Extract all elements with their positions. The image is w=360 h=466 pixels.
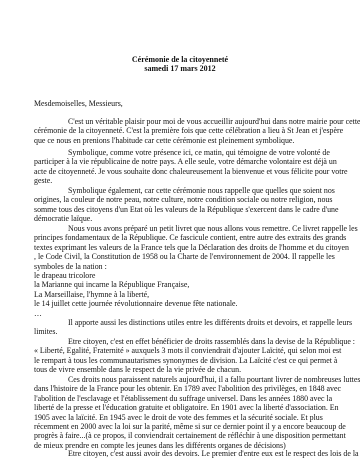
document-title: Cérémonie de la citoyenneté (0, 55, 360, 64)
list-item: le 14 juillet cette journée révolutionna… (34, 299, 326, 308)
text-line: geste. (34, 176, 326, 185)
paragraph-8: Etre citoyen, c'est aussi avoir des devo… (34, 449, 326, 458)
text-line: Il apporte aussi les distinctions utiles… (34, 318, 326, 327)
text-line: cérémonie de la citoyenneté. C'est la pr… (34, 126, 326, 135)
text-line: récemment en 2000 avec la loi sur la par… (34, 422, 326, 431)
text-line: participer à la vie républicaine de notr… (34, 157, 326, 166)
text-line: dans l'histoire de la France pour les ob… (34, 384, 326, 393)
text-line: limites. (34, 327, 326, 336)
list-item: … (34, 309, 326, 318)
paragraph-5: Il apporte aussi les distinctions utiles… (34, 318, 326, 337)
list-item: le drapeau tricolore (34, 271, 326, 280)
text-line: C'est un véritable plaisir pour moi de v… (34, 117, 326, 126)
text-line: , le Code Civil, la Constitution de 1958… (34, 252, 326, 261)
list-item: la Marianne qui incarne la République Fr… (34, 280, 326, 289)
text-line: Nous vous avons préparé un petit livret … (34, 224, 326, 233)
text-line: Ces droits nous paraissent naturels aujo… (34, 375, 326, 384)
text-line: tous de vivre ensemble dans le respect d… (34, 365, 326, 374)
text-line: « Liberté, Egalité, Fraternité » auxquel… (34, 346, 326, 355)
text-line: démocratie laïque. (34, 214, 326, 223)
text-line: le rempart à tous les communautarismes s… (34, 356, 326, 365)
text-line: acte de citoyenneté. Je vous souhaite do… (34, 167, 326, 176)
text-line: Etre citoyen, c'est en effet bénéficier … (34, 337, 326, 346)
text-line: 1905 avec la laïcité. En 1945 avec le dr… (34, 413, 326, 422)
paragraph-1: C'est un véritable plaisir pour moi de v… (34, 117, 326, 145)
text-line: Symbolique, comme votre présence ici, ce… (34, 148, 326, 157)
text-line: origines, la couleur de notre peau, notr… (34, 195, 326, 204)
text-line: symboles de la nation : (34, 262, 326, 271)
text-line: Etre citoyen, c'est aussi avoir des devo… (34, 449, 326, 458)
paragraph-7: Ces droits nous paraissent naturels aujo… (34, 375, 326, 450)
document-date: samedi 17 mars 2012 (0, 64, 360, 73)
salutation: Mesdemoiselles, Messieurs, (34, 99, 326, 108)
text-line: liberté de la presse et l'éducation grat… (34, 403, 326, 412)
paragraph-3: Symbolique également, car cette cérémoni… (34, 186, 326, 224)
paragraph-4: Nous vous avons préparé un petit livret … (34, 224, 326, 318)
text-line: principes fondamentaux de la République.… (34, 233, 326, 242)
paragraph-2: Symbolique, comme votre présence ici, ce… (34, 148, 326, 186)
paragraph-6: Etre citoyen, c'est en effet bénéficier … (34, 337, 326, 375)
text-line: somme tous des citoyens d'un Etat où les… (34, 205, 326, 214)
text-line: que ce nous en prenions l'habitude car c… (34, 136, 326, 145)
list-item: La Marseillaise, l'hymne à la liberté, (34, 290, 326, 299)
text-line: Symbolique également, car cette cérémoni… (34, 186, 326, 195)
text-line: textes exprimant les valeurs de la Franc… (34, 243, 326, 252)
text-line: progrès à faire...(à ce propos, il convi… (34, 431, 326, 440)
text-line: l'abolition de l'esclavage et l'établiss… (34, 394, 326, 403)
